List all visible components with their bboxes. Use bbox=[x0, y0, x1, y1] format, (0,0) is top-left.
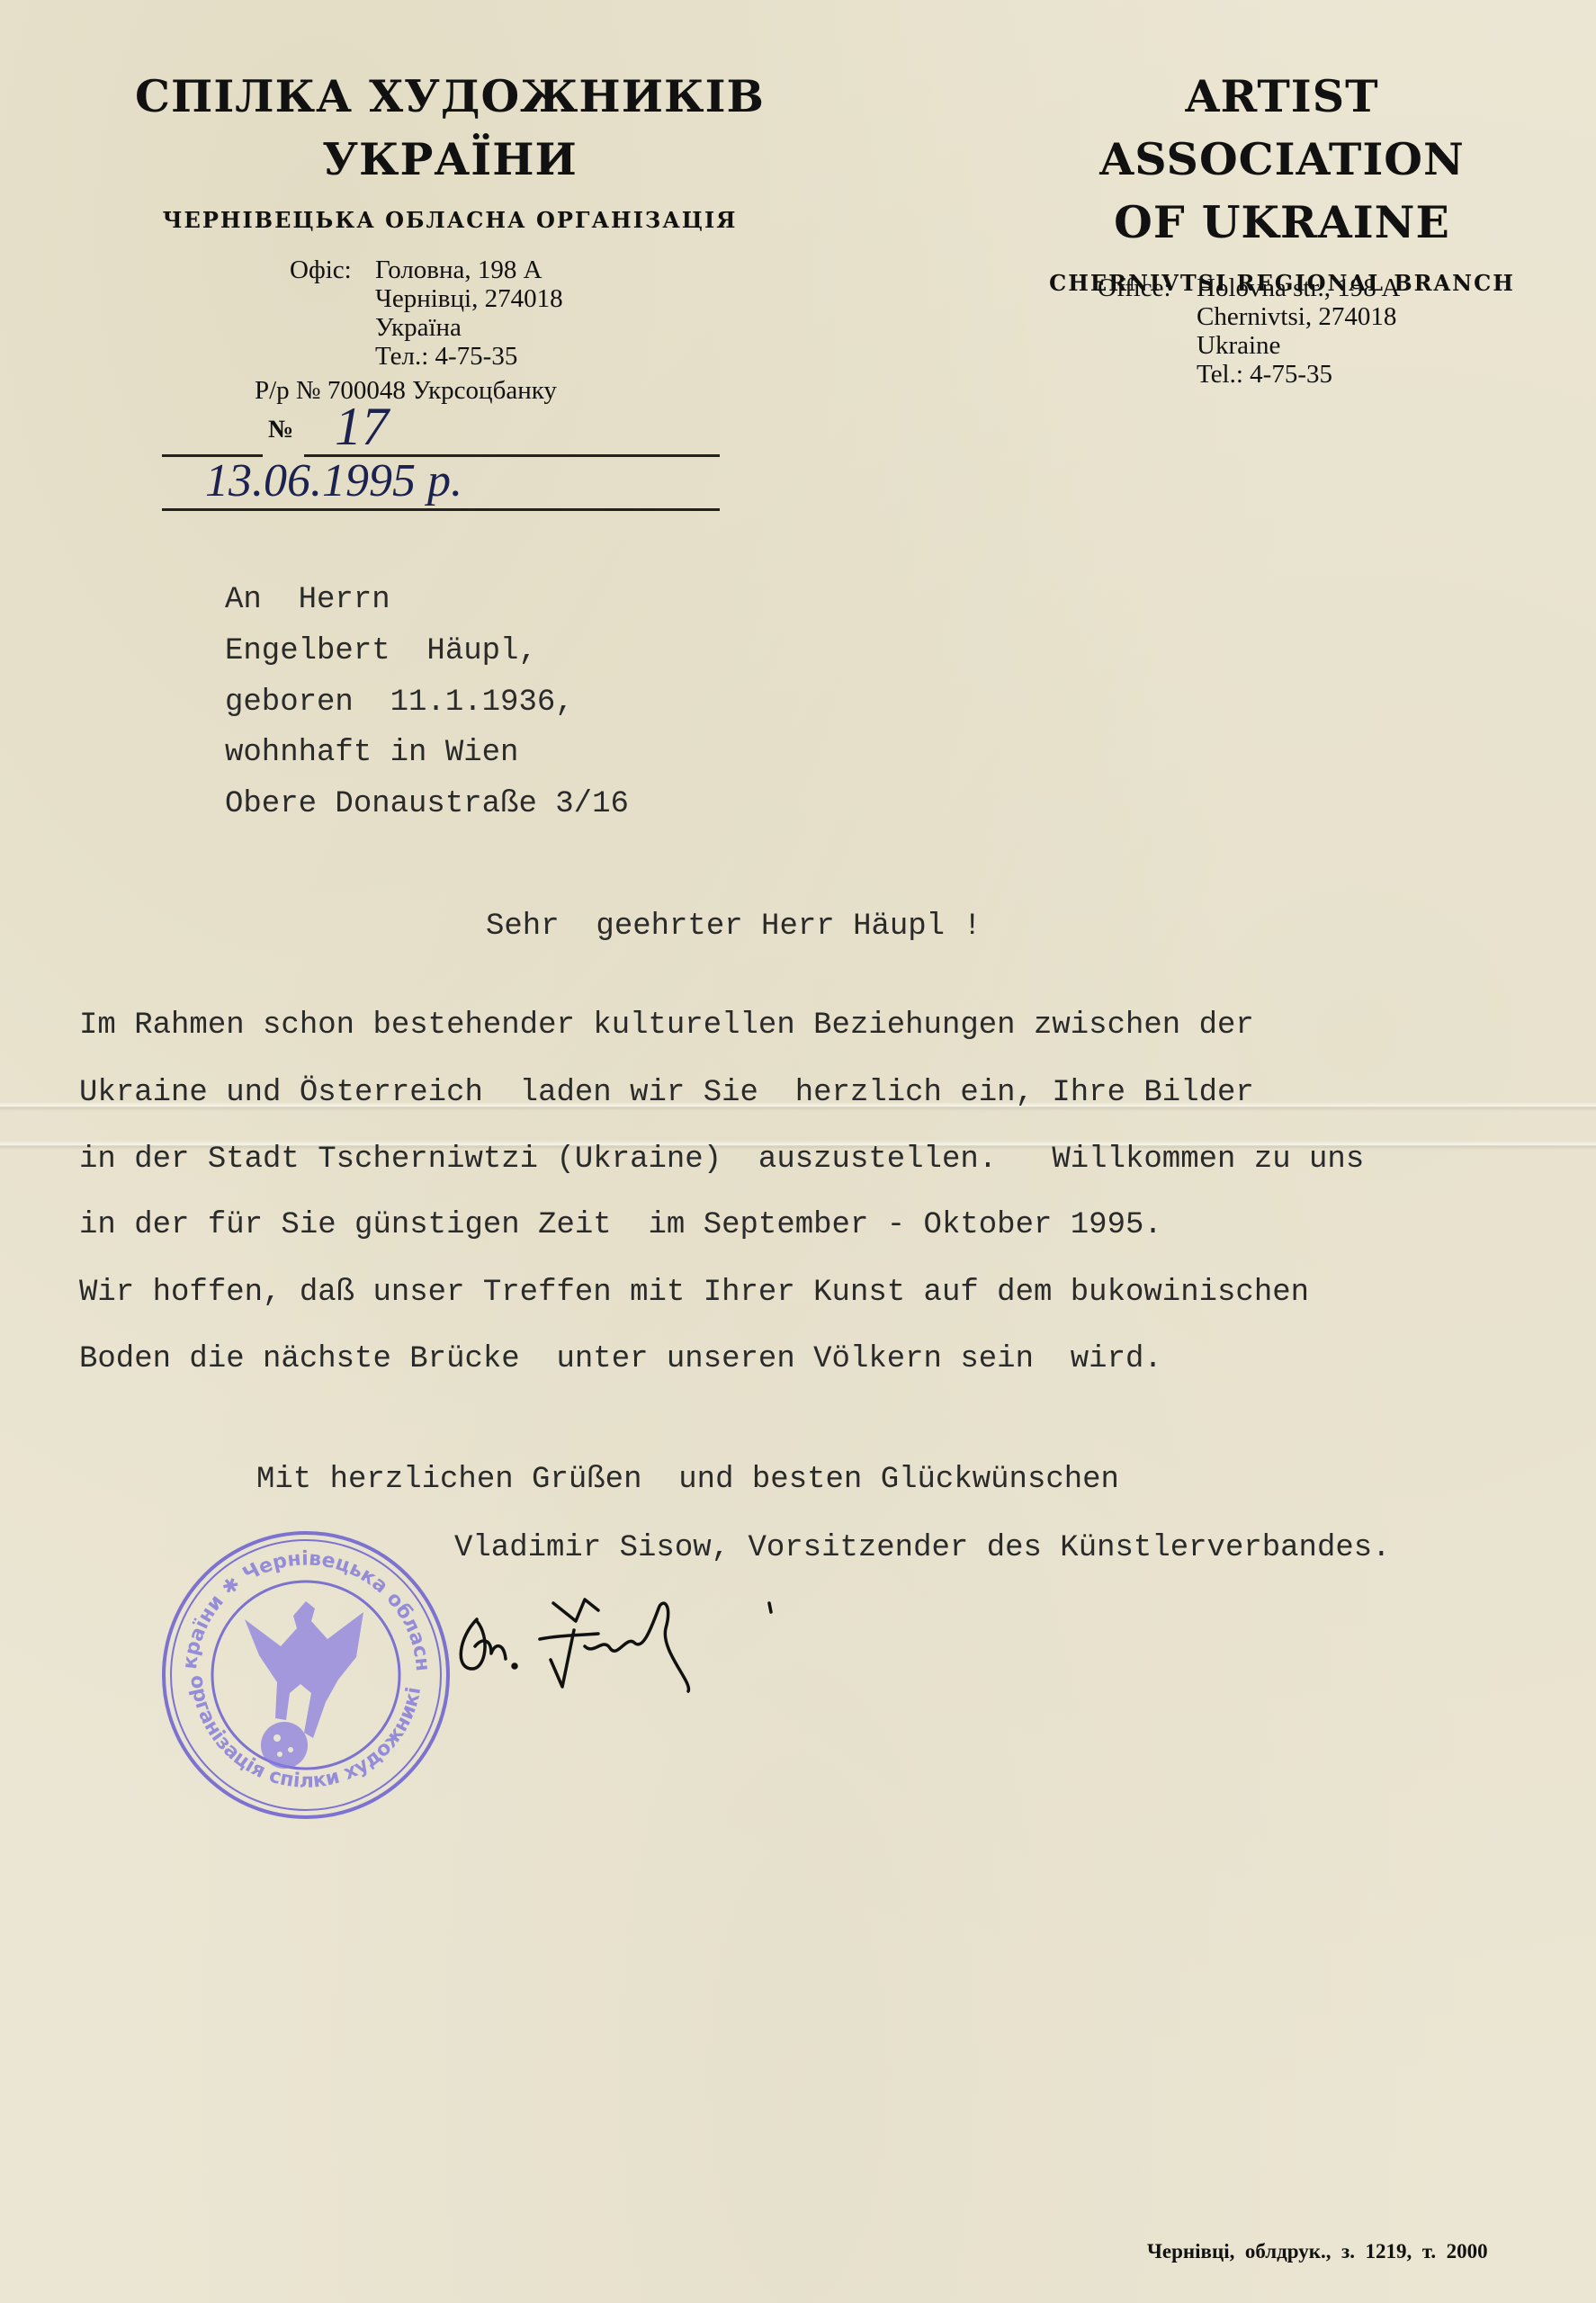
org-title-en-line2: OF UKRAINE bbox=[1003, 191, 1561, 254]
handwritten-signature-icon bbox=[450, 1583, 828, 1700]
org-title-en-line1: ARTIST ASSOCIATION bbox=[1003, 65, 1561, 191]
address-line: Chernivtsi, 274018 bbox=[1197, 302, 1396, 331]
address-en: Office:Holovna str., 198 A Chernivtsi, 2… bbox=[1098, 273, 1400, 389]
office-label-en: Office: bbox=[1098, 273, 1197, 302]
org-title-ua-line1: СПІЛКА ХУДОЖНИКІВ bbox=[135, 65, 765, 128]
address-ua: Офіс:Головна, 198 А Чернівці, 274018 Укр… bbox=[290, 255, 563, 371]
body-line: in der Stadt Tscherniwtzi (Ukraine) ausz… bbox=[79, 1143, 1364, 1177]
recipient-line: Obere Donaustraße 3/16 bbox=[225, 787, 629, 821]
closing-greeting: Mit herzlichen Grüßen und besten Glückwü… bbox=[256, 1463, 1119, 1497]
address-line: Holovna str., 198 A bbox=[1197, 273, 1400, 302]
number-label: № bbox=[268, 416, 293, 444]
body-line: Im Rahmen schon bestehender kulturellen … bbox=[79, 1008, 1254, 1043]
official-stamp-icon: України ✱ Чернівецька обласна організаці… bbox=[160, 1529, 453, 1822]
body-line: Boden die nächste Brücke unter unseren V… bbox=[79, 1342, 1162, 1376]
org-subtitle-ua: ЧЕРНІВЕЦЬКА ОБЛАСНА ОРГАНІЗАЦІЯ bbox=[135, 207, 765, 233]
recipient-line: Engelbert Häupl, bbox=[225, 634, 537, 668]
handwritten-date: 13.06.1995 р. bbox=[205, 454, 462, 507]
address-line: Ukraine bbox=[1197, 331, 1280, 360]
letterhead-english: ARTIST ASSOCIATION OF UKRAINE CHERNIVTSI… bbox=[1003, 65, 1561, 296]
address-line: Україна bbox=[375, 313, 462, 342]
body-line: Wir hoffen, daß unser Treffen mit Ihrer … bbox=[79, 1276, 1309, 1310]
address-line: Чернівці, 274018 bbox=[375, 284, 563, 313]
bank-account: Р/р № 700048 Укрсоцбанку bbox=[255, 376, 557, 405]
recipient-line: geboren 11.1.1936, bbox=[225, 686, 574, 720]
org-title-ua-line2: УКРАЇНИ bbox=[135, 128, 765, 191]
date-line bbox=[162, 508, 720, 511]
letterhead-ukrainian: СПІЛКА ХУДОЖНИКІВ УКРАЇНИ ЧЕРНІВЕЦЬКА ОБ… bbox=[135, 65, 765, 233]
address-line: Tel.: 4-75-35 bbox=[1197, 360, 1332, 389]
address-line: Головна, 198 А bbox=[375, 255, 542, 284]
body-line: Ukraine und Österreich laden wir Sie her… bbox=[79, 1076, 1254, 1110]
print-imprint: Чернівці, облдрук., з. 1219, т. 2000 bbox=[1147, 2240, 1488, 2263]
signatory-line: Vladimir Sisow, Vorsitzender des Künstle… bbox=[454, 1531, 1391, 1565]
salutation: Sehr geehrter Herr Häupl ! bbox=[486, 910, 982, 944]
recipient-line: An Herrn bbox=[225, 583, 390, 617]
recipient-line: wohnhaft in Wien bbox=[225, 736, 518, 770]
body-line: in der für Sie günstigen Zeit im Septemb… bbox=[79, 1208, 1162, 1242]
address-line: Тел.: 4-75-35 bbox=[375, 342, 517, 371]
handwritten-number: 17 bbox=[335, 396, 389, 458]
office-label-ua: Офіс: bbox=[290, 255, 375, 284]
